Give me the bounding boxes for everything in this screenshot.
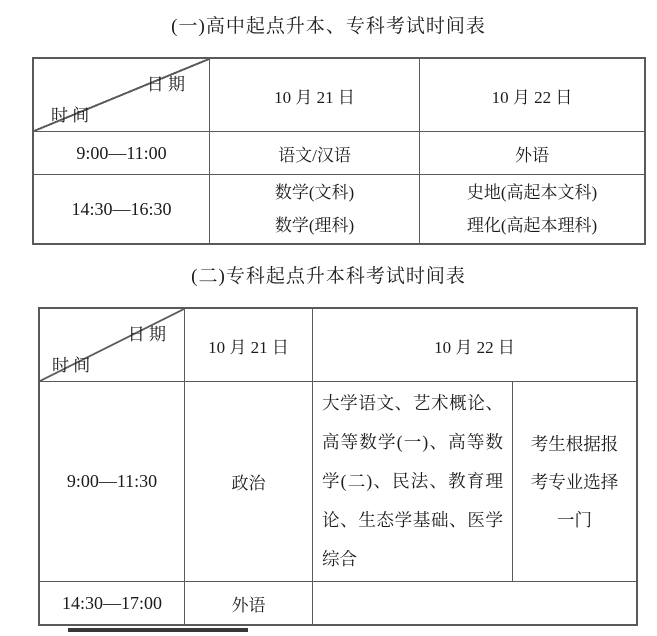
time-cell: 14:30—16:30 <box>34 175 210 243</box>
column-header-oct22: 10 月 22 日 <box>420 59 644 132</box>
exam-table-college-start: 日 期 时 间 10 月 21 日 10 月 22 日 9:00—11:30 政… <box>38 307 638 626</box>
exam-table-highschool-start: 日 期 时 间 10 月 21 日 10 月 22 日 9:00—11:00 语… <box>32 57 646 245</box>
date-diagonal-label: 日 期 <box>147 70 185 95</box>
subject-cell: 外语 <box>185 582 313 624</box>
choice-note-cell: 考生根据报考专业选择一门 <box>513 382 636 582</box>
choice-note-text: 考生根据报考专业选择一门 <box>531 425 619 539</box>
subject-cell: 语文/汉语 <box>210 132 420 175</box>
time-cell: 9:00—11:00 <box>34 132 210 175</box>
subject-cell: 史地(高起本文科) 理化(高起本理科) <box>420 175 644 243</box>
section2-title: (二)专科起点升本科考试时间表 <box>0 265 657 289</box>
corner-header-cell: 日 期 时 间 <box>34 59 210 132</box>
column-header-oct21: 10 月 21 日 <box>185 309 313 382</box>
time-cell: 9:00—11:30 <box>40 382 185 582</box>
cutoff-content-bar <box>68 628 248 632</box>
date-diagonal-label: 日 期 <box>128 320 166 345</box>
subject-cell: 政治 <box>185 382 313 582</box>
time-diagonal-label: 时 间 <box>52 351 90 376</box>
subject-cell: 数学(文科) 数学(理科) <box>210 175 420 243</box>
subject-line: 数学(文科) <box>275 176 354 209</box>
column-header-oct21: 10 月 21 日 <box>210 59 420 132</box>
subject-cell: 外语 <box>420 132 644 175</box>
subject-list-cell: 大学语文、艺术概论、高等数学(一)、高等数学(二)、民法、教育理论、生态学基础、… <box>313 382 513 582</box>
empty-cell <box>313 582 636 624</box>
corner-header-cell: 日 期 时 间 <box>40 309 185 382</box>
subject-line: 史地(高起本文科) <box>467 176 597 209</box>
subject-list-text: 大学语文、艺术概论、高等数学(一)、高等数学(二)、民法、教育理论、生态学基础、… <box>322 384 503 579</box>
document-page: (一)高中起点升本、专科考试时间表 日 期 时 间 10 月 21 日 10 月… <box>0 0 657 636</box>
subject-line: 理化(高起本理科) <box>467 209 597 242</box>
time-cell: 14:30—17:00 <box>40 582 185 624</box>
subject-line: 数学(理科) <box>275 209 354 242</box>
time-diagonal-label: 时 间 <box>51 101 89 126</box>
section1-title: (一)高中起点升本、专科考试时间表 <box>0 15 657 39</box>
column-header-oct22: 10 月 22 日 <box>313 309 636 382</box>
